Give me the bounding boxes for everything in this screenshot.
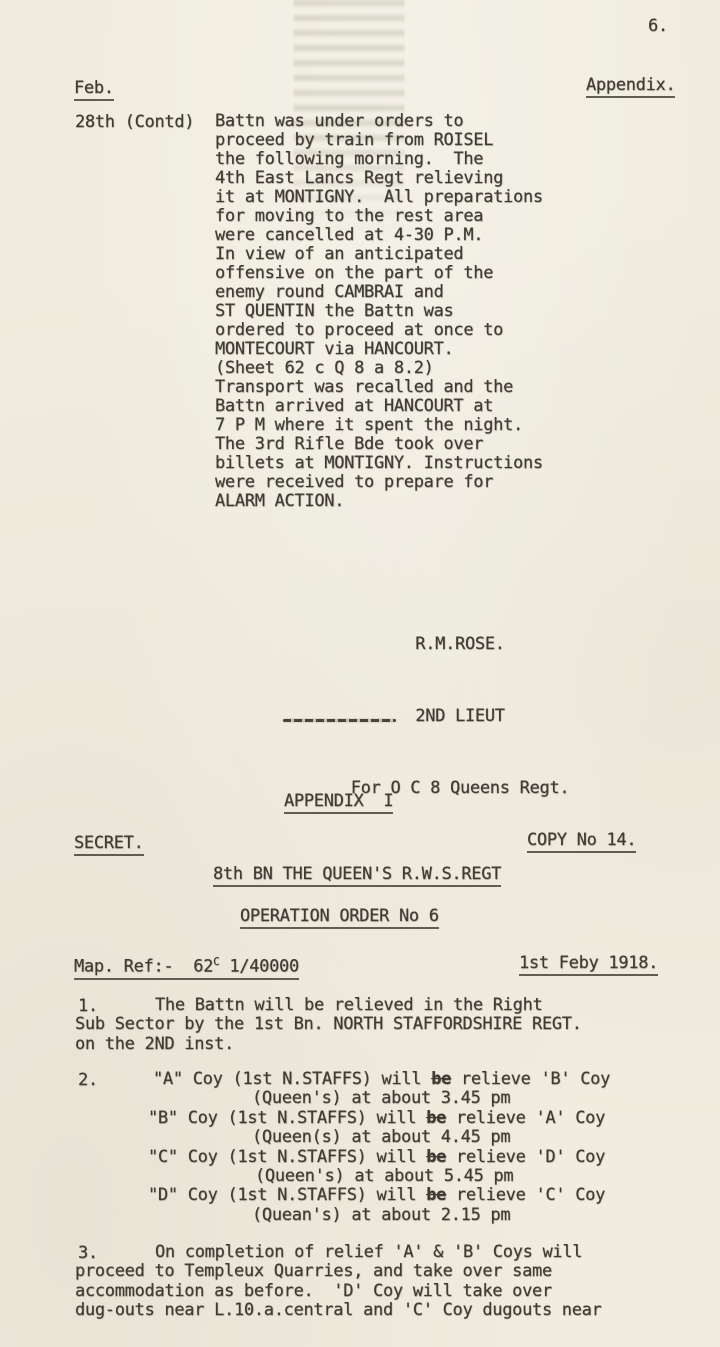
text-segment: ALARM ACTION. xyxy=(215,491,344,511)
text-line: enemy round CAMBRAI and xyxy=(215,283,543,302)
text-line: (Queen's) at about 3.45 pm xyxy=(75,1089,610,1108)
text-segment: relieve 'A' Coy xyxy=(446,1108,605,1128)
text-line: accommodation as before. 'D' Coy will ta… xyxy=(75,1282,602,1301)
text-line: 4th East Lancs Regt relieving xyxy=(215,169,543,188)
struck-text: be xyxy=(426,1108,446,1128)
text-segment: dug-outs near L.10.a.central and 'C' Coy… xyxy=(75,1300,602,1320)
text-line: billets at MONTIGNY. Instructions xyxy=(215,454,543,473)
text-line: Battn was under orders to xyxy=(215,112,543,131)
text-line: 7 P M where it spent the night. xyxy=(215,416,543,435)
text-line: The 3rd Rifle Bde took over xyxy=(215,435,543,454)
text-segment: The Battn will be relieved in the Right xyxy=(155,995,542,1015)
text-line: Transport was recalled and the xyxy=(215,378,543,397)
war-diary-page: 6. Feb. Appendix. 28th (Contd) Battn was… xyxy=(0,0,720,1347)
struck-text: be xyxy=(431,1069,451,1089)
separator-line xyxy=(283,719,396,722)
text-line: proceed to Templeux Quarries, and take o… xyxy=(75,1262,602,1281)
text-line: "B" Coy (1st N.STAFFS) will be relieve '… xyxy=(75,1109,610,1128)
appendix-column-heading: Appendix. xyxy=(586,75,675,98)
struck-text: be xyxy=(426,1147,446,1167)
unit-heading: 8th BN THE QUEEN'S R.W.S.REGT xyxy=(213,864,501,887)
text-line: ST QUENTIN the Battn was xyxy=(215,302,543,321)
diary-month-heading: Feb. xyxy=(74,78,114,101)
text-line: on the 2ND inst. xyxy=(75,1035,582,1054)
text-line: The Battn will be relieved in the Right xyxy=(75,996,582,1015)
text-segment: Battn arrived at HANCOURT at xyxy=(215,396,493,416)
text-segment: were received to prepare for xyxy=(215,472,493,492)
text-line: (Quean's) at about 2.15 pm xyxy=(75,1206,610,1225)
text-segment: the following morning. The xyxy=(215,149,483,169)
text-line: ALARM ACTION. xyxy=(215,492,543,511)
text-line: proceed by train from ROISEL xyxy=(215,131,543,150)
text-segment: it at MONTIGNY. All preparations xyxy=(215,187,543,207)
text-segment: on the 2ND inst. xyxy=(75,1034,234,1054)
text-line: MONTECOURT via HANCOURT. xyxy=(215,340,543,359)
text-segment: "B" Coy (1st N.STAFFS) will xyxy=(148,1108,426,1128)
text-line: (Queen(s) at about 4.45 pm xyxy=(75,1128,610,1147)
entry-day-label: 28th (Contd) xyxy=(75,112,194,132)
text-segment: On completion of relief 'A' & 'B' Coys w… xyxy=(155,1242,582,1262)
text-line: it at MONTIGNY. All preparations xyxy=(215,188,543,207)
text-line: Battn arrived at HANCOURT at xyxy=(215,397,543,416)
text-segment: "D" Coy (1st N.STAFFS) will xyxy=(148,1185,426,1205)
text-line: the following morning. The xyxy=(215,150,543,169)
text-segment: proceed by train from ROISEL xyxy=(215,130,493,150)
text-segment: relieve 'B' Coy xyxy=(451,1069,610,1089)
text-segment: accommodation as before. 'D' Coy will ta… xyxy=(75,1281,552,1301)
text-segment: Battn was under orders to xyxy=(215,111,463,131)
copy-number: COPY No 14. xyxy=(527,830,636,853)
text-segment: proceed to Templeux Quarries, and take o… xyxy=(75,1261,552,1281)
text-segment: "A" Coy (1st N.STAFFS) will xyxy=(153,1069,431,1089)
text-line: for moving to the rest area xyxy=(215,207,543,226)
text-segment: 4th East Lancs Regt relieving xyxy=(215,168,503,188)
text-segment: (Queen(s) at about 4.45 pm xyxy=(252,1127,510,1147)
signature-rank: 2ND LIEUT xyxy=(320,704,600,728)
text-segment: 1/40000 xyxy=(219,957,298,977)
text-segment: relieve 'C' Coy xyxy=(446,1185,605,1205)
order-heading: OPERATION ORDER No 6 xyxy=(240,906,439,929)
text-line: Sub Sector by the 1st Bn. NORTH STAFFORD… xyxy=(75,1015,582,1034)
text-segment: Transport was recalled and the xyxy=(215,377,513,397)
text-line: were received to prepare for xyxy=(215,473,543,492)
text-segment: ST QUENTIN the Battn was xyxy=(215,301,453,321)
order-item-body: On completion of relief 'A' & 'B' Coys w… xyxy=(75,1243,602,1321)
text-line: "D" Coy (1st N.STAFFS) will be relieve '… xyxy=(75,1186,610,1205)
signature-name: R.M.ROSE. xyxy=(320,632,600,656)
text-line: (Sheet 62 c Q 8 a 8.2) xyxy=(215,359,543,378)
text-segment: In view of an anticipated xyxy=(215,244,463,264)
text-segment: MONTECOURT via HANCOURT. xyxy=(215,339,453,359)
order-date: 1st Feby 1918. xyxy=(519,953,658,976)
page-number: 6. xyxy=(648,16,668,36)
text-segment: The 3rd Rifle Bde took over xyxy=(215,434,483,454)
text-line: "A" Coy (1st N.STAFFS) will be relieve '… xyxy=(75,1070,610,1089)
order-item-body: "A" Coy (1st N.STAFFS) will be relieve '… xyxy=(75,1070,610,1225)
text-segment: were cancelled at 4-30 P.M. xyxy=(215,225,483,245)
text-line: were cancelled at 4-30 P.M. xyxy=(215,226,543,245)
text-line: ordered to proceed at once to xyxy=(215,321,543,340)
text-line: offensive on the part of the xyxy=(215,264,543,283)
text-segment: "C" Coy (1st N.STAFFS) will xyxy=(148,1147,426,1167)
entry-body: Battn was under orders toproceed by trai… xyxy=(215,112,543,511)
classification-label: SECRET. xyxy=(74,833,144,856)
text-segment: (Quean's) at about 2.15 pm xyxy=(252,1205,510,1225)
text-line: In view of an anticipated xyxy=(215,245,543,264)
text-segment: (Sheet 62 c Q 8 a 8.2) xyxy=(215,358,434,378)
text-segment: offensive on the part of the xyxy=(215,263,493,283)
text-segment: billets at MONTIGNY. Instructions xyxy=(215,453,543,473)
text-line: (Queen's) at about 5.45 pm xyxy=(75,1167,610,1186)
map-reference: Map. Ref:- 62C 1/40000 xyxy=(74,955,299,980)
text-segment: (Queen's) at about 5.45 pm xyxy=(255,1166,513,1186)
text-segment: enemy round CAMBRAI and xyxy=(215,282,444,302)
struck-text: be xyxy=(426,1185,446,1205)
text-segment: ordered to proceed at once to xyxy=(215,320,503,340)
text-segment: (Queen's) at about 3.45 pm xyxy=(252,1088,510,1108)
text-line: "C" Coy (1st N.STAFFS) will be relieve '… xyxy=(75,1148,610,1167)
text-segment: relieve 'D' Coy xyxy=(446,1147,605,1167)
text-segment: for moving to the rest area xyxy=(215,206,483,226)
text-segment: Sub Sector by the 1st Bn. NORTH STAFFORD… xyxy=(75,1014,582,1034)
appendix-title: APPENDIX I xyxy=(284,791,393,814)
text-line: dug-outs near L.10.a.central and 'C' Coy… xyxy=(75,1301,602,1320)
text-segment: 7 P M where it spent the night. xyxy=(215,415,523,435)
text-segment: Map. Ref:- 62 xyxy=(74,957,213,977)
order-item-body: The Battn will be relieved in the RightS… xyxy=(75,996,582,1054)
text-line: On completion of relief 'A' & 'B' Coys w… xyxy=(75,1243,602,1262)
